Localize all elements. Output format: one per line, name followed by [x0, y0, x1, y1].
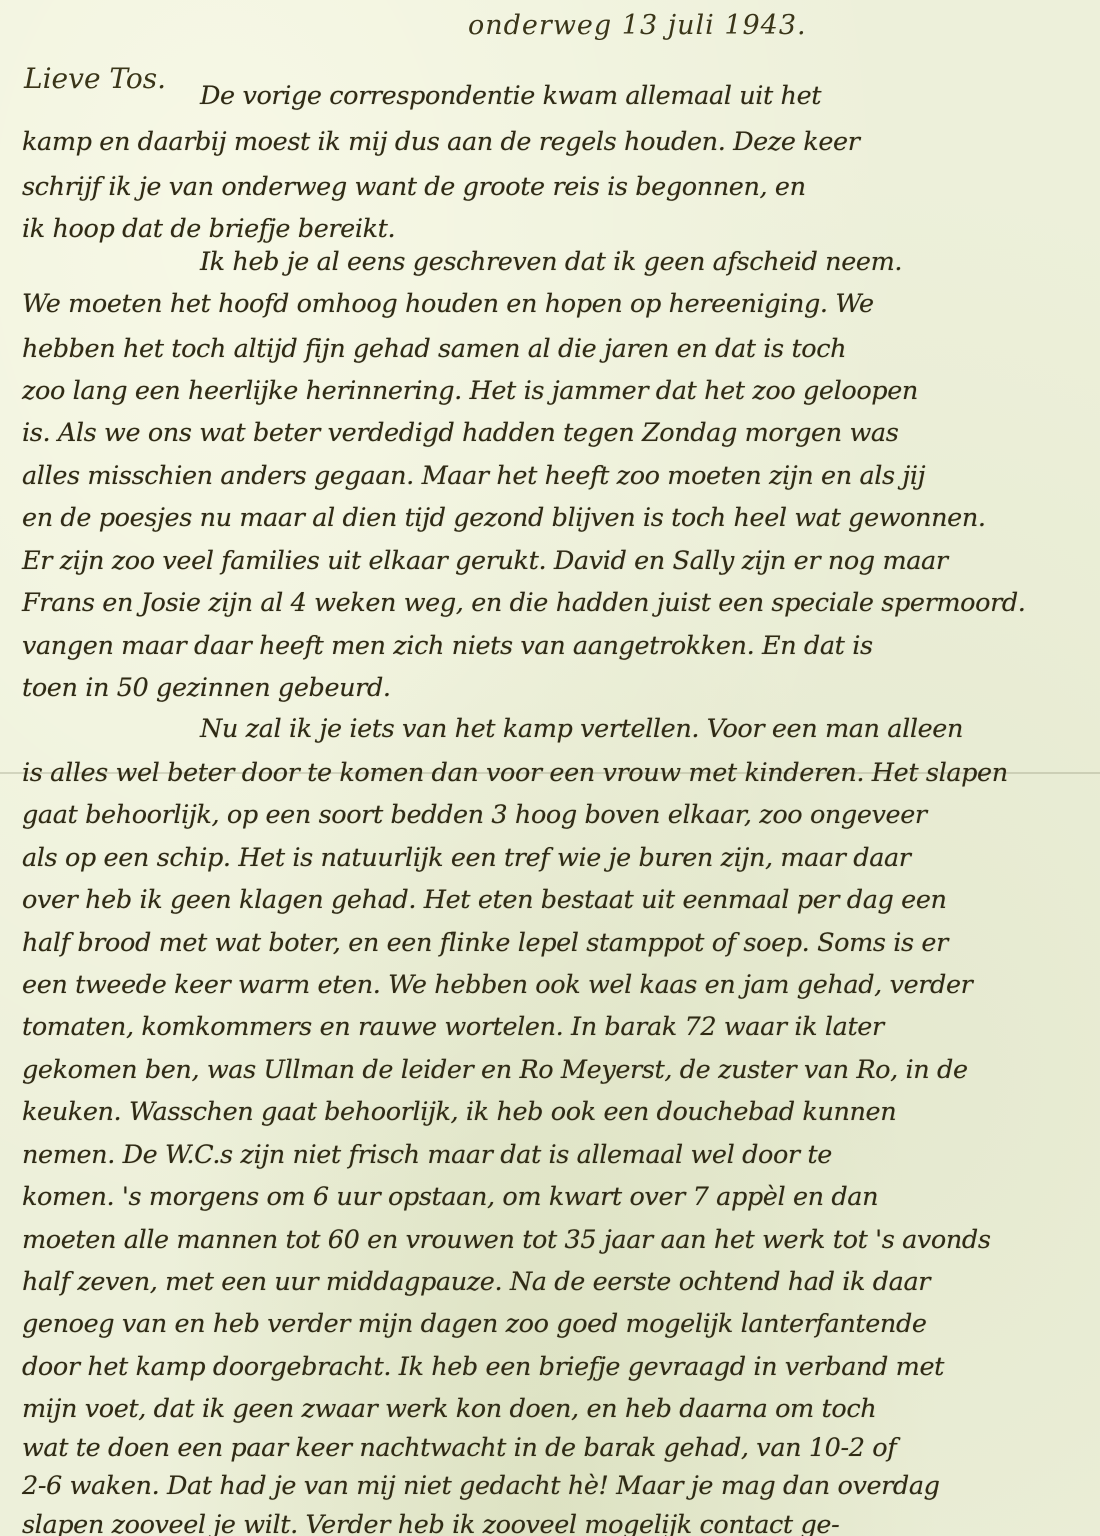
- letter-line: 2-6 waken. Dat had je van mij niet gedac…: [22, 1471, 940, 1501]
- letter-line: half zeven, met een uur middagpauze. Na …: [22, 1267, 930, 1297]
- letter-line: over heb ik geen klagen gehad. Het eten …: [22, 885, 947, 915]
- letter-line: kamp en daarbij moest ik mij dus aan de …: [22, 127, 860, 157]
- letter-salutation: Lieve Tos.: [24, 62, 166, 95]
- letter-line: hebben het toch altijd fijn gehad samen …: [22, 334, 846, 364]
- letter-line: zoo lang een heerlijke herinnering. Het …: [22, 376, 918, 406]
- letter-line: schrijf ik je van onderweg want de groot…: [22, 172, 806, 202]
- letter-line: keuken. Wasschen gaat behoorlijk, ik heb…: [22, 1097, 896, 1127]
- letter-line: Er zijn zoo veel families uit elkaar ger…: [22, 546, 948, 576]
- letter-line: nemen. De W.C.s zijn niet frisch maar da…: [22, 1140, 832, 1170]
- letter-line: door het kamp doorgebracht. Ik heb een b…: [22, 1352, 944, 1382]
- letter-line: tomaten, komkommers en rauwe wortelen. I…: [22, 1012, 884, 1042]
- letter-line: gaat behoorlijk, op een soort bedden 3 h…: [22, 800, 927, 830]
- letter-line: wat te doen een paar keer nachtwacht in …: [22, 1433, 896, 1463]
- letter-line: gekomen ben, was Ullman de leider en Ro …: [22, 1055, 968, 1085]
- letter-line: We moeten het hoofd omhoog houden en hop…: [22, 289, 874, 319]
- letter-line: genoeg van en heb verder mijn dagen zoo …: [22, 1309, 927, 1339]
- letter-line: ik hoop dat de briefje bereikt.: [22, 214, 395, 244]
- letter-page: onderweg 13 juli 1943. Lieve Tos. De vor…: [0, 0, 1100, 1536]
- letter-line: is alles wel beter door te komen dan voo…: [22, 758, 1008, 788]
- letter-line: vangen maar daar heeft men zich niets va…: [22, 631, 873, 661]
- letter-line: slapen zooveel je wilt. Verder heb ik zo…: [22, 1510, 839, 1536]
- letter-line: is. Als we ons wat beter verdedigd hadde…: [22, 418, 898, 448]
- letter-line: mijn voet, dat ik geen zwaar werk kon do…: [22, 1394, 876, 1424]
- letter-date: onderweg 13 juli 1943.: [468, 10, 807, 41]
- letter-line: De vorige correspondentie kwam allemaal …: [200, 81, 821, 111]
- letter-line: en de poesjes nu maar al dien tijd gezon…: [22, 503, 986, 533]
- letter-line: Ik heb je al eens geschreven dat ik geen…: [200, 247, 902, 277]
- letter-line: alles misschien anders gegaan. Maar het …: [22, 461, 925, 491]
- letter-line: toen in 50 gezinnen gebeurd.: [22, 673, 391, 703]
- letter-line: moeten alle mannen tot 60 en vrouwen tot…: [22, 1225, 991, 1255]
- letter-line: Frans en Josie zijn al 4 weken weg, en d…: [22, 588, 1026, 618]
- letter-line: half brood met wat boter, en een flinke …: [22, 928, 948, 958]
- letter-line: als op een schip. Het is natuurlijk een …: [22, 843, 911, 873]
- letter-line: komen. 's morgens om 6 uur opstaan, om k…: [22, 1182, 878, 1212]
- letter-line: Nu zal ik je iets van het kamp vertellen…: [200, 714, 963, 744]
- letter-line: een tweede keer warm eten. We hebben ook…: [22, 970, 972, 1000]
